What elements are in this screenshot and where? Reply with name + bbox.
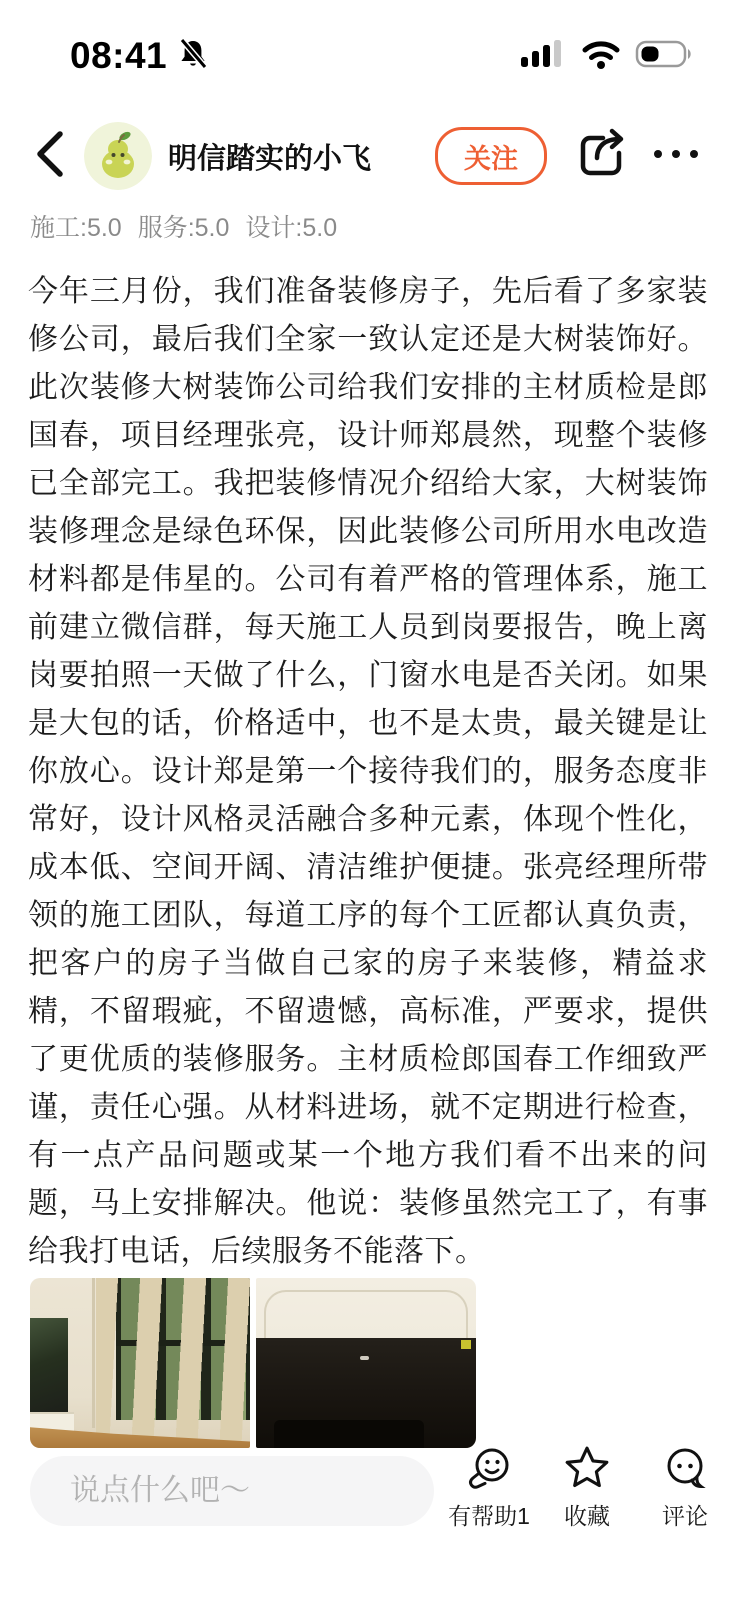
cellular-signal-icon: [517, 37, 567, 76]
share-button[interactable]: [577, 130, 627, 182]
rating-service: 服务:5.0: [138, 208, 230, 244]
notifications-muted-icon: [175, 36, 211, 77]
review-text: 今年三月份，我们准备装修房子，先后看了多家装修公司，最后我们全家一致认定还是大树…: [28, 268, 708, 1276]
star-icon: [563, 1444, 611, 1492]
helpful-label: 有帮助1: [448, 1498, 530, 1531]
rating-scores: 施工:5.0 服务:5.0 设计:5.0: [30, 208, 337, 244]
comment-button[interactable]: 评论: [636, 1444, 734, 1531]
photo-thumbnail-living-room[interactable]: [30, 1278, 250, 1448]
rating-construction: 施工:5.0: [30, 208, 122, 244]
more-button[interactable]: [649, 130, 703, 182]
rating-design: 设计:5.0: [245, 208, 337, 244]
clock-time: 08:41: [70, 35, 167, 77]
favorite-button[interactable]: 收藏: [538, 1444, 636, 1531]
back-chevron-icon: [32, 128, 66, 185]
user-name[interactable]: 明信踏实的小飞: [168, 136, 371, 177]
comment-bubble-icon: [661, 1444, 709, 1492]
comment-composer: [30, 1456, 434, 1526]
battery-icon: [635, 37, 697, 76]
action-bar: 有帮助1 收藏 评论: [440, 1444, 735, 1531]
share-icon: [577, 128, 627, 185]
review-detail-screen: 08:41: [0, 0, 735, 1600]
status-bar: 08:41: [0, 26, 735, 86]
wifi-icon: [579, 37, 623, 76]
more-dots-icon: [649, 144, 703, 169]
back-button[interactable]: [32, 128, 74, 184]
avatar[interactable]: [84, 122, 152, 190]
helpful-smiley-thumb-icon: [465, 1444, 513, 1492]
photo1-wood-slats: [96, 1278, 250, 1448]
photo-thumbnail-tv-wall[interactable]: [256, 1278, 476, 1448]
helpful-button[interactable]: 有帮助1: [440, 1444, 538, 1531]
photo-gallery: [30, 1278, 476, 1448]
comment-label: 评论: [662, 1498, 708, 1531]
header: 明信踏实的小飞 关注: [0, 116, 735, 196]
follow-button[interactable]: 关注: [435, 127, 547, 185]
favorite-label: 收藏: [564, 1498, 610, 1531]
photo1-tv: [30, 1318, 68, 1412]
comment-input[interactable]: [30, 1456, 434, 1526]
photo2-arch-molding: [264, 1290, 468, 1338]
pear-avatar-icon: [84, 177, 152, 190]
